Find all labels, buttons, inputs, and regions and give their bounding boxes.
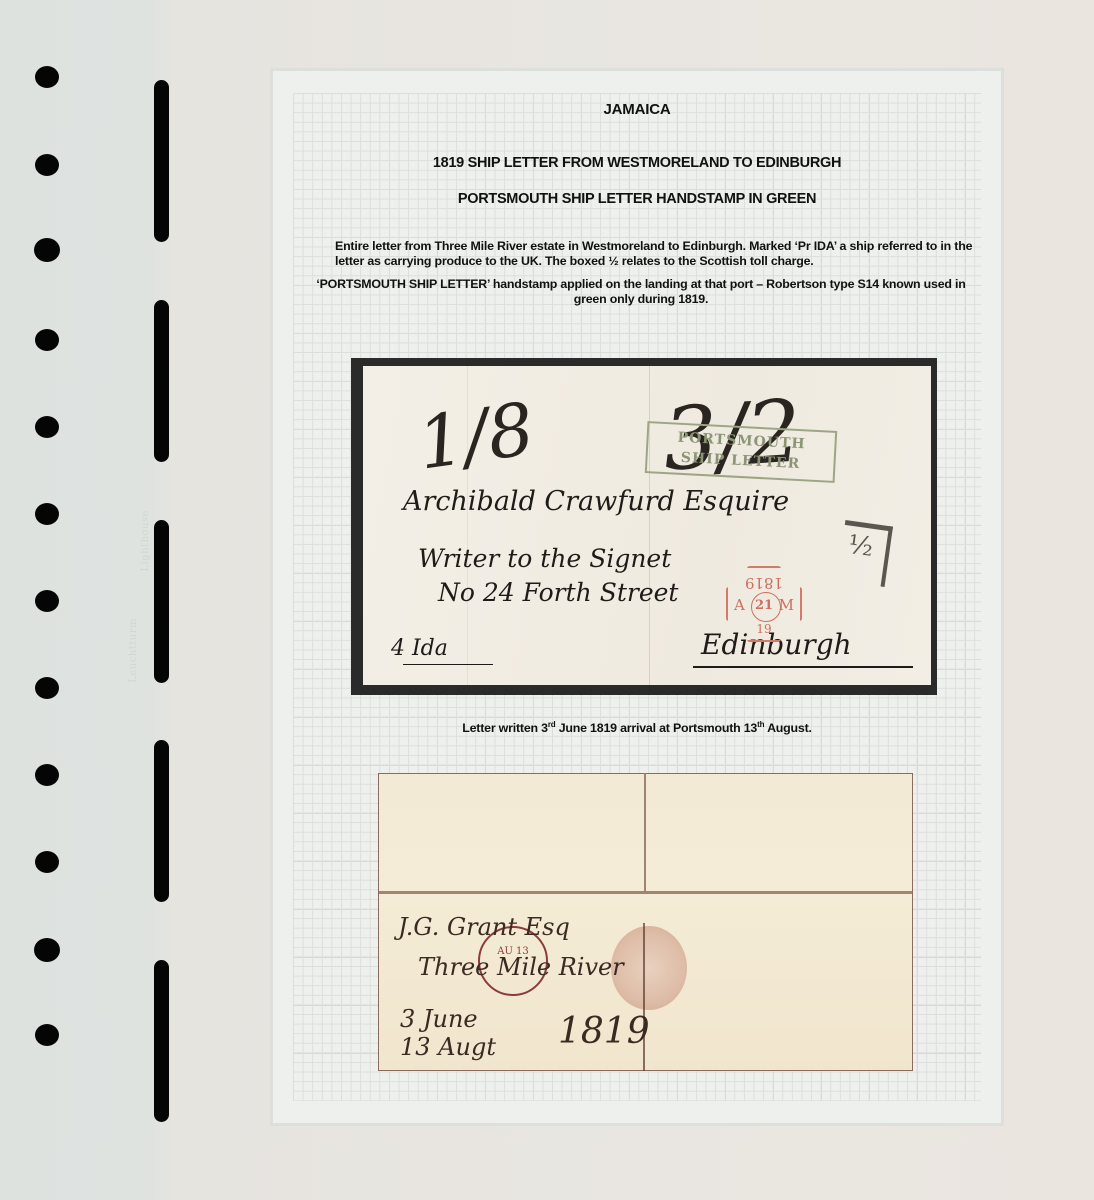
- punch-hole: [34, 238, 60, 262]
- underline: [403, 664, 493, 665]
- datestamp-year: 1819: [728, 574, 800, 592]
- docket-line-4: 13 Augt: [400, 1033, 496, 1061]
- ship-endorsement: 4 Ida: [391, 636, 448, 661]
- punch-hole: [35, 764, 59, 786]
- punch-slot: [154, 740, 169, 902]
- cover-caption: Letter written 3rd June 1819 arrival at …: [273, 720, 1001, 735]
- page-title: JAMAICA: [273, 101, 1001, 118]
- punch-slot: [154, 300, 169, 462]
- punch-hole: [35, 851, 59, 873]
- punch-hole: [35, 66, 59, 88]
- caption-text: August.: [764, 721, 812, 735]
- docket-year: 1819: [558, 1011, 650, 1052]
- docket-line-3: 3 June: [400, 1005, 478, 1033]
- toll-value: ½: [846, 530, 875, 563]
- datestamp-time: M: [779, 596, 794, 614]
- boxed-half-toll-mark: ½: [837, 520, 893, 587]
- caption-text: June 1819 arrival at Portsmouth 13: [555, 721, 757, 735]
- punch-slot: [154, 520, 169, 683]
- punch-hole: [35, 1024, 59, 1046]
- page-subtitle-handstamp: PORTSMOUTH SHIP LETTER HANDSTAMP IN GREE…: [273, 191, 1001, 207]
- flap-edge: [378, 891, 913, 894]
- punch-hole: [35, 677, 59, 699]
- docket-line-2: Three Mile River: [418, 953, 624, 981]
- album-page: JAMAICA 1819 SHIP LETTER FROM WESTMORELA…: [270, 68, 1004, 1126]
- rate-mark-1-8: 1/8: [413, 386, 539, 485]
- cover-back: AU 13 J.G. Grant Esq Three Mile River 3 …: [378, 773, 913, 1071]
- punch-hole: [34, 938, 60, 962]
- docket-line-1: J.G. Grant Esq: [398, 913, 570, 941]
- edinburgh-arrival-datestamp: 1819 A 21 M 19: [726, 566, 802, 642]
- underline: [693, 666, 913, 668]
- address-line-2: Writer to the Signet: [418, 544, 671, 573]
- punch-hole: [35, 590, 59, 612]
- page-subtitle: 1819 SHIP LETTER FROM WESTMORELAND TO ED…: [273, 155, 1001, 171]
- punch-hole: [35, 503, 59, 525]
- fold-line: [649, 366, 650, 685]
- punch-hole: [35, 416, 59, 438]
- portsmouth-ship-letter-handstamp: PORTSMOUTH SHIP LETTER: [645, 421, 837, 483]
- description-letter: Entire letter from Three Mile River esta…: [335, 239, 975, 269]
- punch-hole: [35, 154, 59, 176]
- punch-slot: [154, 960, 169, 1122]
- watermark-lighthouse: Lighthouse: [140, 510, 151, 572]
- watermark-leuchtturm: Leuchtturm: [128, 618, 139, 683]
- punch-slot: [154, 80, 169, 242]
- fold-line: [644, 773, 646, 891]
- caption-text: Letter written 3: [462, 721, 548, 735]
- address-line-3: No 24 Forth Street: [438, 578, 678, 607]
- description-handstamp: ‘PORTSMOUTH SHIP LETTER’ handstamp appli…: [303, 277, 979, 307]
- address-line-1: Archibald Crawfurd Esquire: [403, 486, 789, 517]
- cover-front: 1/8 3/2 PORTSMOUTH SHIP LETTER Archibald…: [363, 366, 931, 685]
- punch-hole: [35, 329, 59, 351]
- cover-front-mount: 1/8 3/2 PORTSMOUTH SHIP LETTER Archibald…: [351, 358, 937, 695]
